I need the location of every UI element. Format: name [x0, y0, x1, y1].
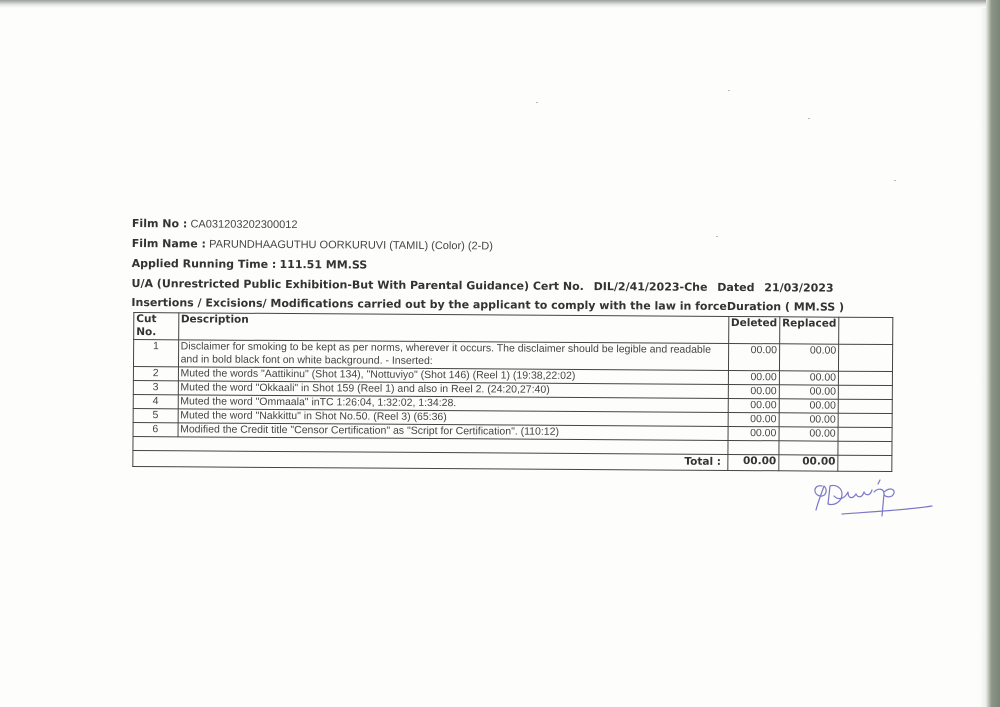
header-deleted: Deleted — [728, 316, 779, 343]
cut-extra — [838, 427, 892, 441]
cut-no: 5 — [133, 409, 178, 423]
cut-deleted: 00.00 — [728, 398, 779, 412]
blank-cell — [728, 440, 779, 454]
cert-no-value: DIL/2/41/2023-Che — [594, 280, 708, 294]
film-name-value: PARUNDHAAGUTHU OORKURUVI (TAMIL) (Color)… — [209, 239, 493, 253]
cut-extra — [839, 344, 893, 371]
scan-top-edge — [0, 0, 1000, 8]
cut-deleted: 00.00 — [728, 343, 779, 370]
insertions-heading: Insertions / Excisions/ Modifications ca… — [131, 293, 727, 316]
header-description: Description — [178, 313, 728, 344]
cut-deleted: 00.00 — [728, 426, 779, 440]
blank-cell — [838, 441, 892, 455]
header-cut-no: Cut No. — [134, 313, 179, 340]
cut-deleted: 00.00 — [728, 384, 779, 398]
scan-speck — [808, 118, 810, 119]
running-time-value: 111.51 MM.SS — [280, 258, 368, 272]
running-time-label: Applied Running Time : — [132, 257, 277, 271]
total-replaced: 00.00 — [779, 455, 838, 471]
dated-value: 21/03/2023 — [764, 281, 833, 294]
cut-replaced: 00.00 — [779, 371, 838, 385]
signature-icon — [808, 476, 938, 526]
scan-speck — [894, 180, 896, 181]
scan-speck — [536, 102, 538, 103]
duration-heading: Duration ( MM.SS ) — [727, 297, 844, 317]
cut-replaced: 00.00 — [779, 427, 838, 441]
total-deleted: 00.00 — [727, 454, 778, 470]
certificate-text: U/A (Unrestricted Public Exhibition-But … — [131, 277, 583, 293]
blank-cell — [133, 437, 178, 451]
cut-no: 4 — [133, 395, 178, 409]
film-name-label: Film Name : — [132, 237, 206, 250]
cut-extra — [838, 385, 892, 399]
cut-deleted: 00.00 — [728, 412, 779, 426]
film-no-label: Film No : — [132, 217, 187, 230]
cut-extra — [838, 371, 892, 385]
cut-no: 2 — [133, 367, 178, 381]
cut-deleted: 00.00 — [728, 370, 779, 384]
scan-speck — [728, 90, 730, 91]
cut-description: Disclaimer for smoking to be kept as per… — [178, 340, 728, 371]
cut-extra — [838, 399, 892, 413]
blank-cell — [779, 441, 838, 455]
cuts-table: Cut No. Description Deleted Replaced 1 D… — [132, 312, 893, 472]
cut-no: 6 — [133, 423, 178, 437]
cut-replaced: 00.00 — [779, 344, 838, 371]
cut-replaced: 00.00 — [779, 399, 838, 413]
cut-no: 1 — [133, 340, 178, 367]
film-no-value: CA031203202300012 — [190, 218, 297, 231]
cut-replaced: 00.00 — [779, 413, 838, 427]
header-extra — [839, 317, 893, 344]
scan-right-edge — [986, 0, 1000, 707]
total-label: Total : — [133, 451, 728, 471]
cut-no: 3 — [133, 381, 178, 395]
total-extra — [838, 455, 892, 471]
cut-replaced: 00.00 — [779, 385, 838, 399]
dated-label: Dated — [717, 281, 754, 294]
table-row: 1 Disclaimer for smoking to be kept as p… — [133, 340, 892, 372]
certificate-document: Film No : CA031203202300012 Film Name : … — [130, 214, 896, 472]
header-replaced: Replaced — [779, 317, 838, 344]
cut-extra — [838, 413, 892, 427]
